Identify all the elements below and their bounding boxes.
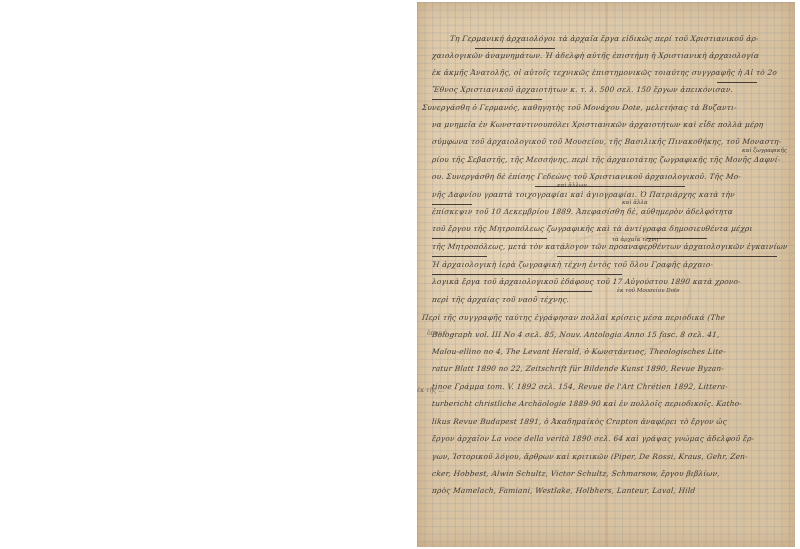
underline-stroke (432, 256, 487, 257)
manuscript-line: Συνεργάσθη ὁ Γερμανός, καθηγητὴς τοῦ Μον… (422, 103, 788, 112)
manuscript-line: γων, Ἱστορικοῦ λόγου, ἄρθρων καὶ κριτικῶ… (432, 452, 788, 461)
manuscript-line: τοῦ ἔργου τῆς Μητροπόλεως ζωγραφικῆς καὶ… (432, 224, 788, 233)
margin-note: ὅπου ὁ ... (427, 330, 455, 337)
manuscript-line: Τη Γερμανική ἀρχαιολόγοι τὰ ἀρχαῖα ἔργα … (450, 34, 788, 43)
interlinear-note: καὶ ἄλλων (557, 183, 587, 189)
underline-stroke (537, 291, 592, 292)
underline-stroke (717, 82, 757, 83)
interlinear-note: καὶ ζωγραφικῆς (742, 148, 787, 154)
handwritten-text-body: Τη Γερμανική ἀρχαιολόγοι τὰ ἀρχαῖα ἔργα … (417, 2, 795, 547)
manuscript-line: χαιολογικῶν ἀναμνημάτων. Ἡ ἀδελφὴ αὐτῆς … (432, 51, 788, 60)
interlinear-note: ἐκ τοῦ Μουσείου Dote (617, 288, 680, 294)
manuscript-line: ἔργον ἀρχαῖον La voce della verità 1890 … (432, 434, 788, 443)
manuscript-line: ratur Blatt 1890 no 22, Zeitschrift für … (432, 364, 788, 373)
manuscript-line: Bolograph vol. III Nο 4 σελ. 85, Nouv. A… (432, 330, 788, 339)
interlinear-note: τὰ ἀρχαῖα τέχνη (612, 237, 658, 243)
manuscript-line: Ἡ ἀρχαιολογικὴ ἱερὰ ζωγραφικὴ τέχνη ἐντὸ… (432, 260, 788, 269)
manuscript-line: Περὶ τῆς συγγραφῆς ταύτης ἐγράφησαν πολλ… (422, 313, 788, 322)
manuscript-line: Ἔθνος Χριστιανικοῦ ἀρχαιοτήτων κ. τ. λ. … (432, 85, 788, 94)
underline-stroke (432, 238, 547, 239)
underline-stroke (557, 256, 777, 257)
manuscript-line: cker, Hobbest, Alwin Schultz, Victor Sch… (432, 469, 788, 478)
manuscript-line: likus Revue Budapest 1891, ὁ Ἀκαδημαϊκὸς… (432, 417, 788, 426)
manuscript-line: tinoe Γράμμα tom. V. 1892 σελ. 154, Revu… (432, 382, 788, 391)
manuscript-line: νῆς Δαφνίου γραπτὰ τοιχογραφίαι καὶ ἀγιο… (432, 190, 788, 199)
manuscript-line: περὶ τῆς ἀρχαίας τοῦ ναοῦ τέχνης. (432, 295, 788, 304)
underline-stroke (432, 204, 472, 205)
underline-stroke (432, 274, 622, 275)
manuscript-line: turbericht christliche Archäologie 1889-… (432, 399, 788, 408)
manuscript-line: ου. Συνεργάσθη δὲ ἐπίσης Γεδεὼνς τοῦ Χρι… (432, 172, 788, 181)
manuscript-line: λογικὰ ἔργα τοῦ ἀρχαιολογικοῦ ἐδάφους το… (432, 277, 788, 286)
manuscript-line: ἐκ ἀκμῆς Ἀνατολῆς, οἱ αὐτοῖς τεχνικῶς ἐπ… (432, 68, 788, 77)
manuscript-line: ρίου τῆς Σεβαστῆς, τῆς Μεσσήνης, περὶ τῆ… (432, 155, 788, 164)
manuscript-line: ἐπίσκεψιν τοῦ 10 Δεκεμβρίου 1889. Ἀπεφασ… (432, 207, 788, 216)
interlinear-note: καὶ ἄλλα (622, 200, 648, 206)
manuscript-line: σύμφωνα τοῦ ἀρχαιολογικοῦ τοῦ Μουσείου, … (432, 137, 788, 146)
manuscript-page: Τη Γερμανική ἀρχαιολόγοι τὰ ἀρχαῖα ἔργα … (417, 2, 795, 547)
manuscript-line: να μνημεῖα ἐν Κωνσταντινουπόλει Χριστιαν… (432, 120, 788, 129)
manuscript-line: Malou-ellino no 4, The Levant Herald, ὁ … (432, 347, 788, 356)
manuscript-line: πρὸς Mamelach, Famiani, Westlake, Holbhe… (432, 486, 788, 495)
underline-stroke (475, 48, 555, 49)
manuscript-line: τῆς Μητροπόλεως, μετὰ τὸν κατάλογον τῶν … (432, 242, 788, 251)
underline-stroke (432, 99, 542, 100)
margin-note: ἐκ τῆς ... (417, 387, 444, 394)
